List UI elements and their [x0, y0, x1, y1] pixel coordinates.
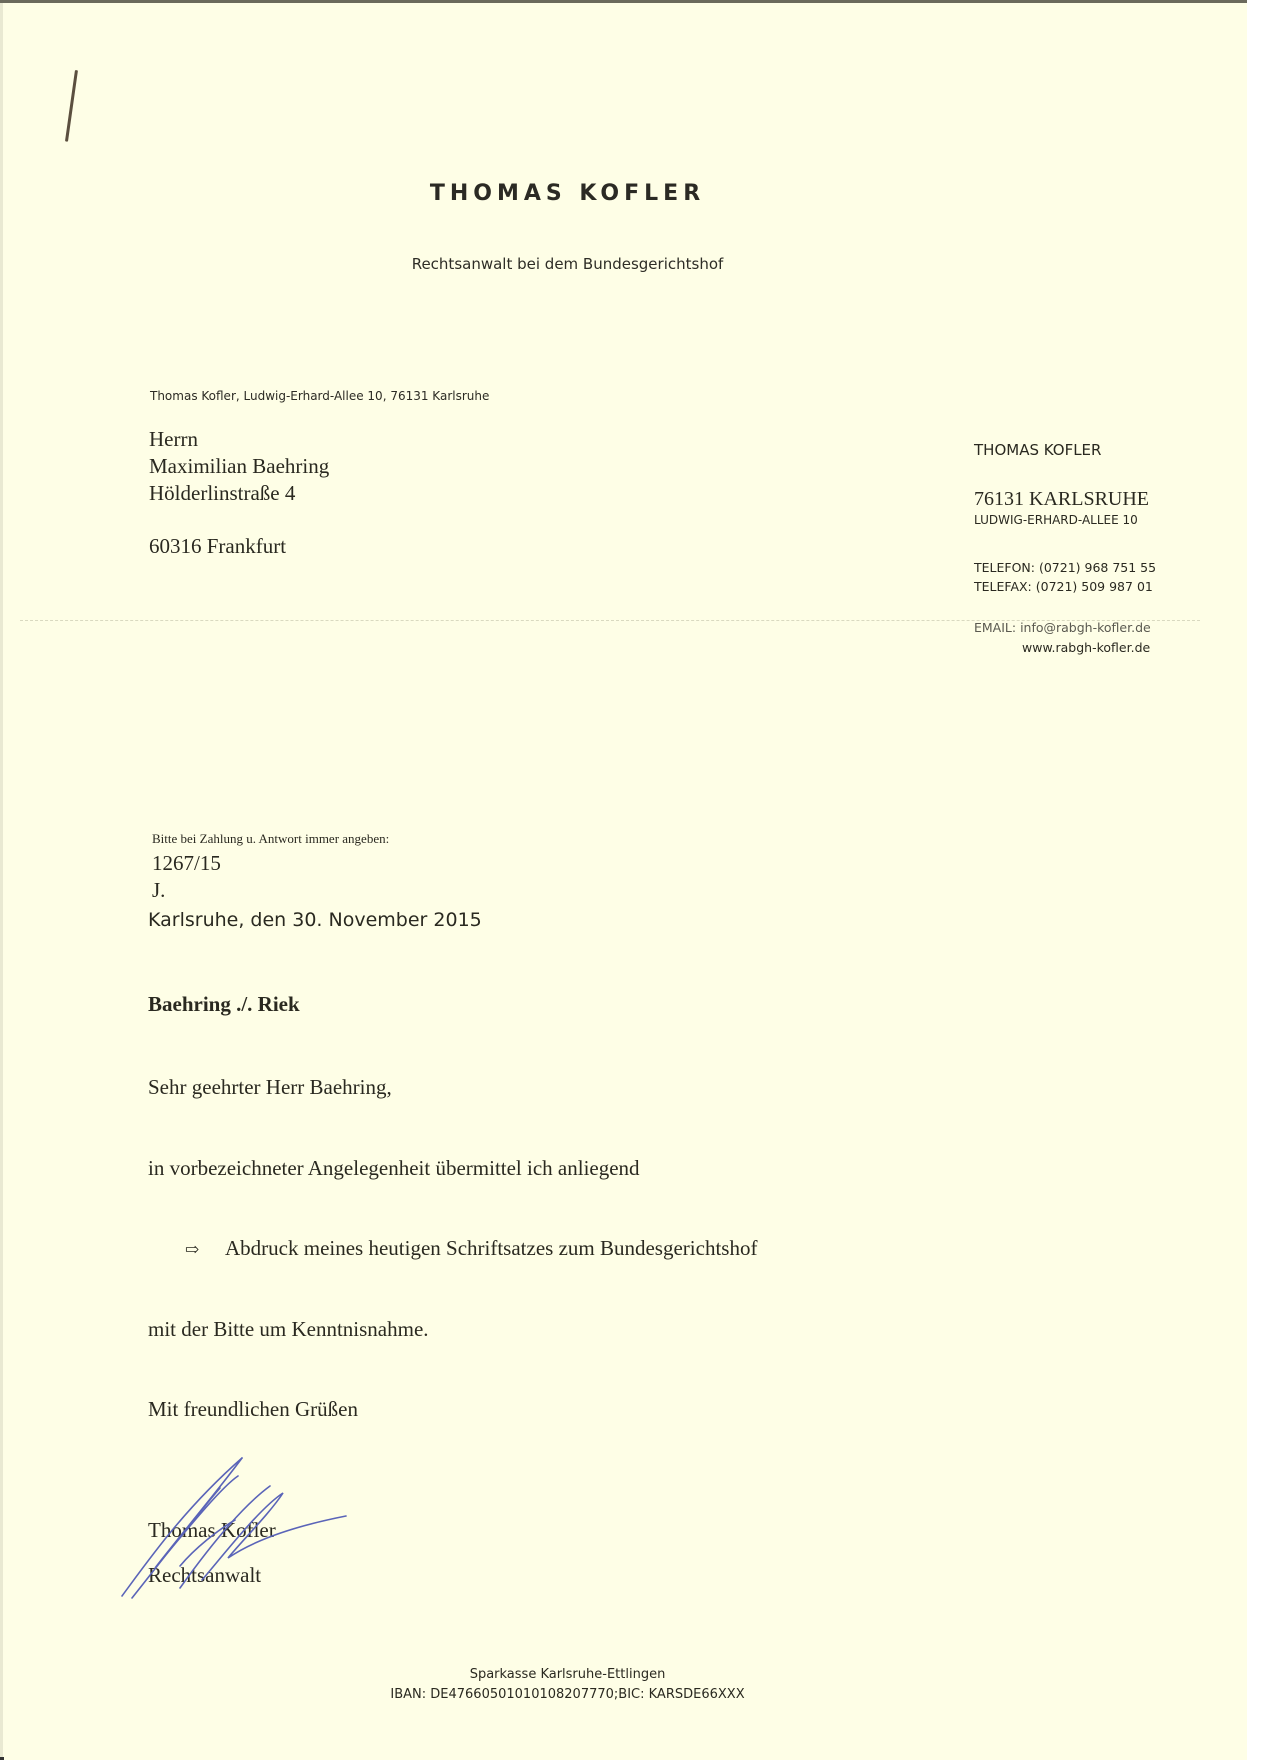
- reference-initial: J.: [152, 878, 165, 903]
- bank-name: Sparkasse Karlsruhe-Ettlingen: [0, 1667, 1135, 1682]
- letter-subject: Baehring ./. Riek: [148, 992, 300, 1017]
- right-arrow-icon: ⇨: [185, 1240, 225, 1260]
- sender-return-address: Thomas Kofler, Ludwig-Erhard-Allee 10, 7…: [150, 389, 489, 403]
- reference-hint: Bitte bei Zahlung u. Antwort immer angeb…: [152, 831, 389, 847]
- recipient-city: 60316 Frankfurt: [149, 534, 286, 559]
- sidebar-website: www.rabgh-kofler.de: [1022, 640, 1150, 655]
- sidebar-telefon: TELEFON: (0721) 968 751 55: [974, 558, 1156, 577]
- sidebar-name: THOMAS KOFLER: [974, 441, 1101, 459]
- handwritten-signature-icon: [110, 1448, 350, 1608]
- bank-iban-bic: IBAN: DE47660501010108207770;BIC: KARSDE…: [0, 1687, 1135, 1702]
- letter-date: Karlsruhe, den 30. November 2015: [148, 909, 482, 931]
- sidebar-city: 76131 KARLSRUHE: [974, 488, 1149, 511]
- letter-closing: Mit freundlichen Grüßen: [148, 1397, 358, 1422]
- letter-request: mit der Bitte um Kenntnisnahme.: [148, 1317, 429, 1342]
- recipient-salutation: Herrn: [149, 426, 329, 453]
- recipient-name: Maximilian Baehring: [149, 453, 329, 480]
- letter-salutation: Sehr geehrter Herr Baehring,: [148, 1075, 392, 1100]
- enclosure-item: ⇨Abdruck meines heutigen Schriftsatzes z…: [185, 1236, 757, 1261]
- pen-mark: [65, 70, 78, 142]
- letterhead-name: THOMAS KOFLER: [0, 181, 1135, 206]
- sidebar-telefax: TELEFAX: (0721) 509 987 01: [974, 577, 1156, 596]
- sidebar-phone-block: TELEFON: (0721) 968 751 55 TELEFAX: (072…: [974, 558, 1156, 596]
- letter-page: THOMAS KOFLER Rechtsanwalt bei dem Bunde…: [0, 0, 1247, 1760]
- fold-line: [20, 620, 1200, 621]
- letterhead-subtitle: Rechtsanwalt bei dem Bundesgerichtshof: [0, 255, 1135, 273]
- enclosure-text: Abdruck meines heutigen Schriftsatzes zu…: [225, 1236, 757, 1260]
- letter-intro: in vorbezeichneter Angelegenheit übermit…: [148, 1156, 640, 1181]
- sidebar-street: LUDWIG-ERHARD-ALLEE 10: [974, 513, 1138, 527]
- recipient-address: Herrn Maximilian Baehring Hölderlinstraß…: [149, 426, 329, 507]
- recipient-street: Hölderlinstraße 4: [149, 480, 329, 507]
- reference-number: 1267/15: [152, 851, 221, 876]
- sidebar-email: EMAIL: info@rabgh-kofler.de: [974, 620, 1151, 635]
